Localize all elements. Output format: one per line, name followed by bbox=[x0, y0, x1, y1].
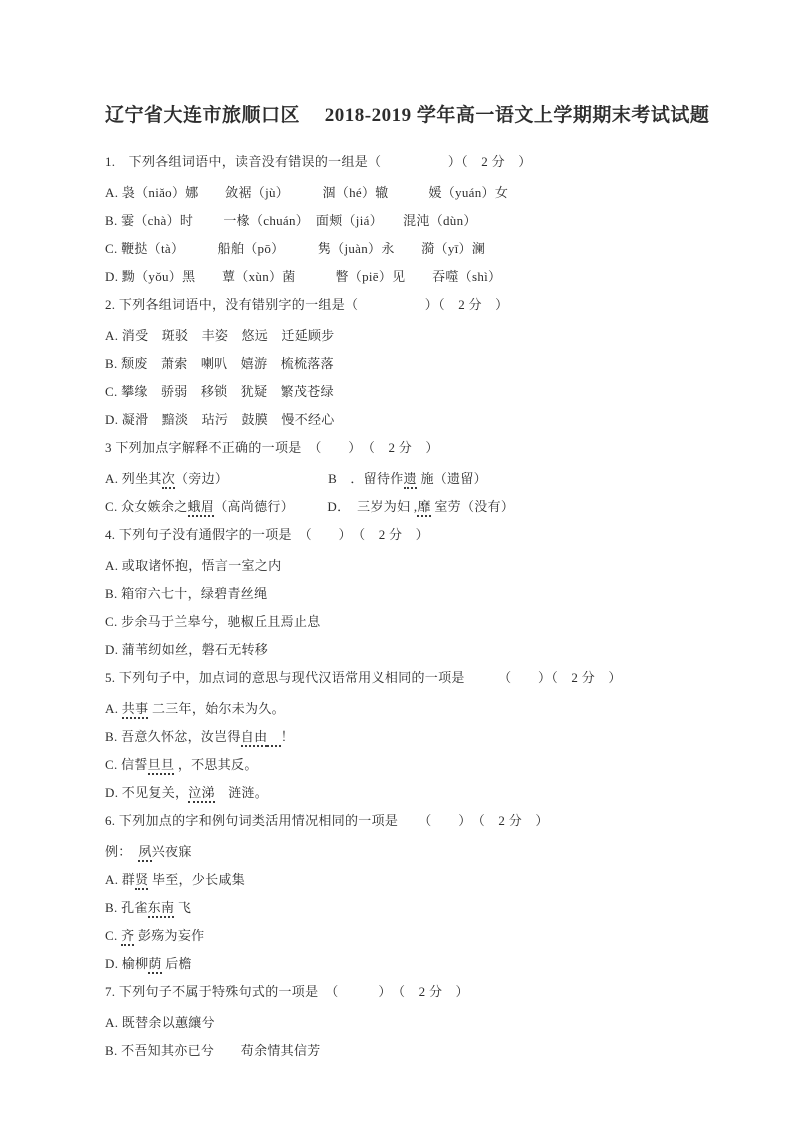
document-content: 辽宁省大连市旅顺口区 2018-2019 学年高一语文上学期期末考试试题 1. … bbox=[0, 0, 800, 1058]
question-2-option-a: A. 消受 斑驳 丰姿 悠远 迁延顾步 bbox=[105, 328, 715, 343]
emphasized-text: 夙 bbox=[138, 844, 151, 862]
text-run: D. 黝（yǒu）黑 蕈（xùn）菌 瞥（piē）见 吞噬（shì） bbox=[105, 269, 501, 284]
question-3-options-cd: C. 众女嫉余之蛾眉（高尚德行） D． 三岁为妇 ,靡 室劳（没有） bbox=[105, 499, 715, 514]
emphasized-text: 东南 bbox=[148, 900, 175, 918]
emphasized-text: 遗 bbox=[404, 471, 417, 489]
emphasized-text: 靡 bbox=[417, 499, 430, 517]
text-run: C. 信誓 bbox=[105, 757, 148, 772]
text-run: A. 列坐其 bbox=[105, 471, 162, 486]
question-7-option-a: A. 既替余以蕙纕兮 bbox=[105, 1015, 715, 1030]
question-1-option-d: D. 黝（yǒu）黑 蕈（xùn）菌 瞥（piē）见 吞噬（shì） bbox=[105, 269, 715, 284]
question-4: 4. 下列句子没有通假字的一项是 （ ） （ 2 分 ） A. 或取诸怀抱，悟言… bbox=[105, 527, 715, 657]
emphasized-text: 荫 bbox=[148, 956, 161, 974]
question-2: 2. 下列各组词语中，没有错别字的一组是（ ）（ 2 分 ） A. 消受 斑驳 … bbox=[105, 297, 715, 427]
question-6-option-d: D. 榆柳荫 后檐 bbox=[105, 956, 715, 971]
text-run: 涟涟。 bbox=[215, 785, 268, 800]
text-run: C. 众女嫉余之 bbox=[105, 499, 188, 514]
question-4-option-b: B. 箱帘六七十，绿碧青丝绳 bbox=[105, 586, 715, 601]
text-run: 施（遗留） bbox=[417, 471, 487, 486]
question-2-option-b: B. 颓废 萧索 喇叭 嬉游 梳梳落落 bbox=[105, 356, 715, 371]
document-title: 辽宁省大连市旅顺口区 2018-2019 学年高一语文上学期期末考试试题 bbox=[105, 100, 715, 127]
text-run: C. 鞭挞（tà） 船舶（pō） 隽（juàn）永 漪（yī）澜 bbox=[105, 241, 485, 256]
question-1-option-c: C. 鞭挞（tà） 船舶（pō） 隽（juàn）永 漪（yī）澜 bbox=[105, 241, 715, 256]
question-4-option-d: D. 蒲苇纫如丝，磐石无转移 bbox=[105, 642, 715, 657]
text-run: 二三年，始尔未为久。 bbox=[148, 701, 285, 716]
question-2-stem: 2. 下列各组词语中，没有错别字的一组是（ ）（ 2 分 ） bbox=[105, 297, 715, 312]
emphasized-text: 共事 bbox=[122, 701, 149, 719]
text-run: A. 群 bbox=[105, 872, 135, 887]
emphasized-text: 次 bbox=[162, 471, 175, 489]
text-run: D. 不见复关， bbox=[105, 785, 188, 800]
question-6: 6. 下列加点的字和例句词类活用情况相同的一项是 （ ） （ 2 分 ） 例： … bbox=[105, 813, 715, 971]
text-run: B. 吾意久怀忿，汝岂得 bbox=[105, 729, 241, 744]
emphasized-text bbox=[267, 729, 280, 747]
text-run: A. 或取诸怀抱，悟言一室之内 bbox=[105, 558, 281, 573]
question-2-option-c: C. 攀缘 骄弱 移锁 犹疑 繁茂苍绿 bbox=[105, 384, 715, 399]
question-5-option-d: D. 不见复关，泣涕 涟涟。 bbox=[105, 785, 715, 800]
text-run: B. 霎（chà）时 一椽（chuán） 面颊（jiá） 混沌（dùn） bbox=[105, 213, 477, 228]
text-run: D. 凝滑 黯淡 玷污 鼓膜 慢不经心 bbox=[105, 412, 335, 427]
question-4-option-a: A. 或取诸怀抱，悟言一室之内 bbox=[105, 558, 715, 573]
question-6-option-a: A. 群贤 毕至，少长咸集 bbox=[105, 872, 715, 887]
text-run: （高尚德行） D． 三岁为妇 , bbox=[214, 499, 417, 514]
text-run: 兴夜寐 bbox=[152, 844, 192, 859]
question-4-option-c: C. 步余马于兰皋兮，驰椒丘且焉止息 bbox=[105, 614, 715, 629]
text-run: C. 攀缘 骄弱 移锁 犹疑 繁茂苍绿 bbox=[105, 384, 334, 399]
text-run: D. 蒲苇纫如丝，磐石无转移 bbox=[105, 642, 268, 657]
exam-document-page: 辽宁省大连市旅顺口区 2018-2019 学年高一语文上学期期末考试试题 1. … bbox=[0, 0, 800, 1132]
question-4-stem: 4. 下列句子没有通假字的一项是 （ ） （ 2 分 ） bbox=[105, 527, 715, 542]
text-run: 彭殇为妄作 bbox=[134, 928, 204, 943]
question-1-option-a: A. 袅（niǎo）娜 敛裾（jù） 涸（hé）辙 媛（yuán）女 bbox=[105, 185, 715, 200]
text-run: B. 颓废 萧索 喇叭 嬉游 梳梳落落 bbox=[105, 356, 334, 371]
text-run: ，不思其反。 bbox=[174, 757, 257, 772]
question-6-example: 例： 夙兴夜寐 bbox=[105, 844, 715, 859]
text-run: D. 榆柳 bbox=[105, 956, 148, 971]
question-3-stem: 3 下列加点字解释不正确的一项是 （ ） （ 2 分 ） bbox=[105, 440, 715, 455]
question-7-stem: 7. 下列句子不属于特殊句式的一项是 （ ） （ 2 分 ） bbox=[105, 984, 715, 999]
text-run: B. 箱帘六七十，绿碧青丝绳 bbox=[105, 586, 267, 601]
question-7: 7. 下列句子不属于特殊句式的一项是 （ ） （ 2 分 ） A. 既替余以蕙纕… bbox=[105, 984, 715, 1058]
question-1-option-b: B. 霎（chà）时 一椽（chuán） 面颊（jiá） 混沌（dùn） bbox=[105, 213, 715, 228]
question-3-options-ab: A. 列坐其次（旁边） B ．留待作遗 施（遗留） bbox=[105, 471, 715, 486]
emphasized-text: 蛾眉 bbox=[188, 499, 215, 517]
question-1: 1. 下列各组词语中，读音没有错误的一组是（ ）（ 2 分 ） A. 袅（niǎ… bbox=[105, 154, 715, 284]
question-6-option-b: B. 孔雀东南 飞 bbox=[105, 900, 715, 915]
text-run: C. 步余马于兰皋兮，驰椒丘且焉止息 bbox=[105, 614, 321, 629]
question-5-option-c: C. 信誓旦旦 ，不思其反。 bbox=[105, 757, 715, 772]
emphasized-text: 贤 bbox=[135, 872, 148, 890]
question-5-option-a: A. 共事 二三年，始尔未为久。 bbox=[105, 701, 715, 716]
text-run: A. 袅（niǎo）娜 敛裾（jù） 涸（hé）辙 媛（yuán）女 bbox=[105, 185, 508, 200]
text-run: 3 下列加点字解释不正确的一项是 （ ） （ 2 分 ） bbox=[105, 440, 439, 455]
question-6-stem: 6. 下列加点的字和例句词类活用情况相同的一项是 （ ） （ 2 分 ） bbox=[105, 813, 715, 828]
text-run: B. 不吾知其亦已兮 苟余情其信芳 bbox=[105, 1043, 321, 1058]
text-run: C. bbox=[105, 928, 121, 943]
text-run: 毕至，少长咸集 bbox=[148, 872, 245, 887]
question-5: 5. 下列句子中，加点词的意思与现代汉语常用义相同的一项是 （ ）（ 2 分 ）… bbox=[105, 670, 715, 800]
text-run: 例： bbox=[105, 844, 138, 859]
text-run: 4. 下列句子没有通假字的一项是 （ ） （ 2 分 ） bbox=[105, 527, 429, 542]
question-2-option-d: D. 凝滑 黯淡 玷污 鼓膜 慢不经心 bbox=[105, 412, 715, 427]
text-run: （旁边） B ．留待作 bbox=[175, 471, 404, 486]
question-1-stem: 1. 下列各组词语中，读音没有错误的一组是（ ）（ 2 分 ） bbox=[105, 154, 715, 169]
question-5-option-b: B. 吾意久怀忿，汝岂得自由 ！ bbox=[105, 729, 715, 744]
emphasized-text: 齐 bbox=[121, 928, 134, 946]
text-run: 2. 下列各组词语中，没有错别字的一组是（ ）（ 2 分 ） bbox=[105, 297, 508, 312]
question-6-option-c: C. 齐 彭殇为妄作 bbox=[105, 928, 715, 943]
question-7-option-b: B. 不吾知其亦已兮 苟余情其信芳 bbox=[105, 1043, 715, 1058]
text-run: ！ bbox=[281, 729, 294, 744]
emphasized-text: 泣涕 bbox=[188, 785, 215, 803]
question-5-stem: 5. 下列句子中，加点词的意思与现代汉语常用义相同的一项是 （ ）（ 2 分 ） bbox=[105, 670, 715, 685]
text-run: A. bbox=[105, 701, 122, 716]
emphasized-text: 旦旦 bbox=[148, 757, 175, 775]
text-run: B. 孔雀 bbox=[105, 900, 148, 915]
text-run: 飞 bbox=[174, 900, 191, 915]
text-run: 1. 下列各组词语中，读音没有错误的一组是（ ）（ 2 分 ） bbox=[105, 154, 532, 169]
text-run: 6. 下列加点的字和例句词类活用情况相同的一项是 （ ） （ 2 分 ） bbox=[105, 813, 549, 828]
text-run: 室劳（没有） bbox=[431, 499, 514, 514]
question-3: 3 下列加点字解释不正确的一项是 （ ） （ 2 分 ） A. 列坐其次（旁边）… bbox=[105, 440, 715, 514]
text-run: 后檐 bbox=[162, 956, 192, 971]
text-run: 7. 下列句子不属于特殊句式的一项是 （ ） （ 2 分 ） bbox=[105, 984, 469, 999]
text-run: 5. 下列句子中，加点词的意思与现代汉语常用义相同的一项是 （ ）（ 2 分 ） bbox=[105, 670, 622, 685]
text-run: A. 既替余以蕙纕兮 bbox=[105, 1015, 215, 1030]
emphasized-text: 自由 bbox=[241, 729, 268, 747]
text-run: A. 消受 斑驳 丰姿 悠远 迁延顾步 bbox=[105, 328, 335, 343]
